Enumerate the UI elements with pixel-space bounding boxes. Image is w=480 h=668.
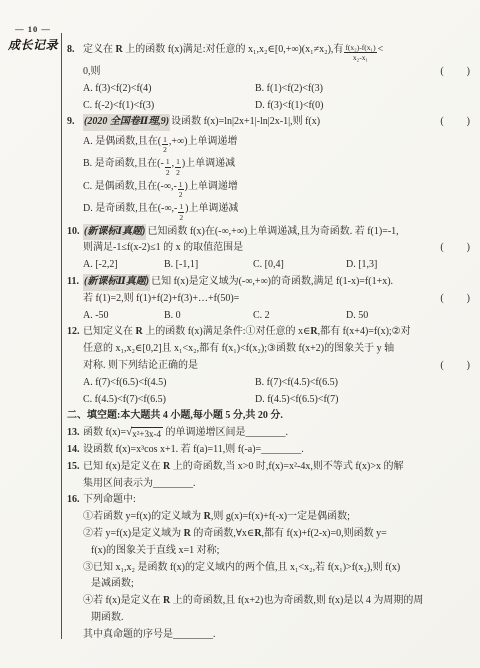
option-cell: D. 50 <box>346 308 368 325</box>
text-run: 任意的 x₁,x₂∈[0,2]且 x₁<x₂,都有 f(x₁)<f(x₂);③函… <box>83 341 394 358</box>
fraction-numerator: 1 <box>162 135 168 146</box>
text-run: . <box>301 442 304 459</box>
fraction-denominator: 2 <box>178 190 184 200</box>
q12-line-3: 对称. 则下列结论正确的是( ) <box>67 358 471 375</box>
bold-run: R <box>136 324 143 341</box>
question-number: 9. <box>67 114 75 131</box>
fraction-denominator: 2 <box>165 168 171 178</box>
answer-paren: ( ) <box>440 64 471 81</box>
option-cell: C. 2 <box>253 308 346 325</box>
q10-line-1: 10.(新课标Ⅰ真题)已知函数 f(x)在(-∞,+∞)上单调递减,且为奇函数.… <box>67 224 471 241</box>
text-run: ,都有 f(x)+f(2-x)=0,则函数 y= <box>262 526 387 543</box>
sqrt-expression: √x²+3x-4 <box>126 427 163 441</box>
q9-option-b: B. 是奇函数,且在(-12,12)上单调递减 <box>67 156 471 176</box>
option-cell: A. -50 <box>83 308 164 325</box>
question-number: 16. <box>67 492 80 509</box>
q16-answer-line: 其中真命题的序号是________. <box>67 627 471 644</box>
text-run: A. 是偶函数,且在( <box>83 134 161 151</box>
q14-line-1: 14.设函数 f(x)=x³cos x+1. 若 f(a)=11,则 f(-a)… <box>67 442 471 459</box>
text-run: 设函数 f(x)=x³cos x+1. 若 f(a)=11,则 f(-a)= <box>83 442 261 459</box>
text-run: 其中真命题的序号是 <box>83 627 173 644</box>
q16-line-1: 16.下列命题中: <box>67 492 471 509</box>
divider-line <box>61 33 62 639</box>
option-cell: D. [1,3] <box>346 257 377 274</box>
text-run: 已知 f(x)是定义在 <box>83 459 163 476</box>
text-run: 二、填空题:本大题共 4 小题,每小题 5 分,共 20 分. <box>67 408 283 425</box>
option-cell: A. f(7)<f(6.5)<f(4.5) <box>83 375 255 392</box>
text-run: 期函数. <box>91 610 124 627</box>
fraction-denominator: 2 <box>162 145 168 155</box>
fraction: 12 <box>165 157 171 177</box>
option-cell: C. f(-2)<f(1)<f(3) <box>83 98 255 115</box>
fraction: 12 <box>162 135 168 155</box>
fraction-denominator: x₂-x₁ <box>344 53 376 63</box>
text-run: 0,则 <box>83 64 101 81</box>
text-run: ②若 y=f(x)是定义域为 <box>83 526 184 543</box>
option-cell: A. [-2,2] <box>83 257 164 274</box>
option-cell: B. 0 <box>164 308 253 325</box>
text-run: 已知函数 f(x)在(-∞,+∞)上单调递减,且为奇函数. 若 f(1)=-1, <box>147 224 398 241</box>
q16-item-2-line-1: ②若 y=f(x)是定义域为 R 的奇函数,∀x∈R,都有 f(x)+f(2-x… <box>67 526 471 543</box>
fraction-numerator: 1 <box>178 202 184 213</box>
bold-run: R <box>184 526 191 543</box>
option-cell: B. [-1,1] <box>164 257 253 274</box>
answer-blank: ________ <box>261 442 301 459</box>
fraction-numerator: 1 <box>178 180 184 191</box>
q8-line-1: 8.定义在 R 上的函数 f(x)满足:对任意的 x₁,x₂∈[0,+∞)(x₁… <box>67 42 471 62</box>
q11-options: A. -50B. 0C. 2D. 50 <box>67 308 471 325</box>
q10-options: A. [-2,2]B. [-1,1]C. [0,4]D. [1,3] <box>67 257 471 274</box>
text-run: )上单调递增 <box>185 179 238 196</box>
margin-notes: — 10 — 成长记录 <box>5 24 61 53</box>
q8-line-2: 0,则( ) <box>67 64 471 81</box>
q16-item-3-line-2: 是减函数; <box>67 576 471 593</box>
page: — 10 — 成长记录 8.定义在 R 上的函数 f(x)满足:对任意的 x₁,… <box>0 0 480 668</box>
question-number: 8. <box>67 42 75 59</box>
q16-item-4-line-1: ④若 f(x)是定义在 R 上的奇函数,且 f(x+2)也为奇函数,则 f(x)… <box>67 593 471 610</box>
question-number: 11. <box>67 274 79 291</box>
question-number: 10. <box>67 224 80 241</box>
text-run: D. 是奇函数,且在(-∞,- <box>83 201 177 218</box>
fraction: f(x₂)-f(x₁)x₂-x₁ <box>344 43 376 63</box>
answer-blank: ________ <box>173 627 213 644</box>
text-run: f(x)的图象关于直线 x=1 对称; <box>91 543 219 560</box>
text-run: 是减函数; <box>91 576 134 593</box>
question-number: 12. <box>67 324 80 341</box>
bold-run: R <box>116 42 123 59</box>
text-run: 下列命题中: <box>83 492 136 509</box>
answer-paren: ( ) <box>440 114 471 131</box>
fraction-numerator: f(x₂)-f(x₁) <box>344 43 376 54</box>
question-number: 13. <box>67 425 80 442</box>
text-run: 的奇函数,∀x∈ <box>191 526 254 543</box>
bold-run: R <box>310 324 317 341</box>
option-cell: A. f(3)<f(2)<f(4) <box>83 81 255 98</box>
text-run: C. 是偶函数,且在(-∞,- <box>83 179 177 196</box>
q9-option-d: D. 是奇函数,且在(-∞,-12)上单调递减 <box>67 201 471 221</box>
answer-paren: ( ) <box>440 291 471 308</box>
text-run: ,都有 f(x+4)=f(x);②对 <box>318 324 411 341</box>
q12-options-cd: C. f(4.5)<f(7)<f(6.5)D. f(4.5)<f(6.5)<f(… <box>67 392 471 409</box>
fraction-denominator: 2 <box>178 213 184 223</box>
q16-item-1: ①若函数 y=f(x)的定义域为 R,则 g(x)=f(x)+f(-x)一定是偶… <box>67 509 471 526</box>
text-run: . <box>193 476 196 493</box>
text-run: ①若函数 y=f(x)的定义域为 <box>83 509 204 526</box>
text-run: ③已知 x₁,x₂ 是函数 f(x)的定义域内的两个值,且 x₁<x₂,若 f(… <box>83 560 400 577</box>
text-run: )上单调递减 <box>182 156 235 173</box>
text-run: 已知定义在 <box>83 324 136 341</box>
text-run: 上的函数 f(x)满足条件:①对任意的 x∈ <box>143 324 311 341</box>
option-cell: D. f(3)<f(1)<f(0) <box>255 98 323 115</box>
q9-option-a: A. 是偶函数,且在(12,+∞)上单调递增 <box>67 134 471 154</box>
bold-run: R <box>204 509 211 526</box>
answer-paren: ( ) <box>440 358 471 375</box>
text-run: 设函数 f(x)=ln|2x+1|-ln|2x-1|,则 f(x) <box>171 114 320 131</box>
option-cell: B. f(7)<f(4.5)<f(6.5) <box>255 375 338 392</box>
source-tag: (新课标Ⅱ真题) <box>83 274 150 291</box>
text-run: ,+∞)上单调递增 <box>169 134 238 151</box>
margin-label: 成长记录 <box>5 36 61 53</box>
text-run: . <box>213 627 216 644</box>
text-run: 集用区间表示为 <box>83 476 153 493</box>
text-run: ④若 f(x)是定义在 <box>83 593 163 610</box>
answer-blank: ________ <box>153 476 193 493</box>
text-run: 则满足-1≤f(x-2)≤1 的 x 的取值范围是 <box>83 240 243 257</box>
fraction-numerator: 1 <box>175 157 181 168</box>
answer-paren: ( ) <box>440 240 471 257</box>
text-run: 对称. 则下列结论正确的是 <box>83 358 198 375</box>
q11-line-2: 若 f(1)=2,则 f(1)+f(2)+f(3)+…+f(50)=( ) <box>67 291 471 308</box>
text-run: . <box>285 425 288 442</box>
text-run: , <box>172 156 175 173</box>
q9-line-1: 9.(2020 全国卷Ⅱ理,9)设函数 f(x)=ln|2x+1|-ln|2x-… <box>67 114 471 131</box>
fraction: 12 <box>175 157 181 177</box>
text-run: )上单调递减 <box>185 201 238 218</box>
text-run: 上的函数 f(x)满足:对任意的 x₁,x₂∈[0,+∞)(x₁≠x₂),有 <box>123 42 344 59</box>
q12-options-ab: A. f(7)<f(6.5)<f(4.5)B. f(7)<f(4.5)<f(6.… <box>67 375 471 392</box>
q13-line-1: 13.函数 f(x)=√x²+3x-4 的单调递增区间是________. <box>67 425 471 442</box>
text-run: B. 是奇函数,且在(- <box>83 156 164 173</box>
q16-item-2-line-2: f(x)的图象关于直线 x=1 对称; <box>67 543 471 560</box>
text-run: 若 f(1)=2,则 f(1)+f(2)+f(3)+…+f(50)= <box>83 291 239 308</box>
question-number: 15. <box>67 459 80 476</box>
bold-run: R <box>254 526 261 543</box>
page-number: — 10 — <box>5 24 61 34</box>
q8-options-ab: A. f(3)<f(2)<f(4)B. f(1)<f(2)<f(3) <box>67 81 471 98</box>
source-tag: (2020 全国卷Ⅱ理,9) <box>83 114 170 131</box>
q12-line-1: 12.已知定义在 R 上的函数 f(x)满足条件:①对任意的 x∈R,都有 f(… <box>67 324 471 341</box>
text-run: 上的奇函数,且 f(x+2)也为奇函数,则 f(x)是以 4 为周期的周 <box>170 593 423 610</box>
q16-item-3-line-1: ③已知 x₁,x₂ 是函数 f(x)的定义域内的两个值,且 x₁<x₂,若 f(… <box>67 560 471 577</box>
text-run: 已知 f(x)是定义域为(-∞,+∞)的奇函数,满足 f(1-x)=f(1+x)… <box>151 274 393 291</box>
text-run: 的单调递增区间是 <box>163 425 246 442</box>
option-cell: D. f(4.5)<f(6.5)<f(7) <box>255 392 338 409</box>
option-cell: B. f(1)<f(2)<f(3) <box>255 81 323 98</box>
section-2-header: 二、填空题:本大题共 4 小题,每小题 5 分,共 20 分. <box>67 408 471 425</box>
fraction-numerator: 1 <box>165 157 171 168</box>
text-run: 函数 f(x)= <box>83 425 126 442</box>
content-column: 8.定义在 R 上的函数 f(x)满足:对任意的 x₁,x₂∈[0,+∞)(x₁… <box>67 39 471 644</box>
fraction: 12 <box>178 180 184 200</box>
q11-line-1: 11.(新课标Ⅱ真题)已知 f(x)是定义域为(-∞,+∞)的奇函数,满足 f(… <box>67 274 471 291</box>
q15-line-1: 15.已知 f(x)是定义在 R 上的奇函数,当 x>0 时,f(x)=x²-4… <box>67 459 471 476</box>
answer-blank: ________ <box>245 425 285 442</box>
text-run: ,则 g(x)=f(x)+f(-x)一定是偶函数; <box>211 509 350 526</box>
q16-item-4-line-2: 期函数. <box>67 610 471 627</box>
fraction: 12 <box>178 202 184 222</box>
option-cell: C. f(4.5)<f(7)<f(6.5) <box>83 392 255 409</box>
q9-option-c: C. 是偶函数,且在(-∞,-12)上单调递增 <box>67 179 471 199</box>
source-tag: (新课标Ⅰ真题) <box>83 224 146 241</box>
question-number: 14. <box>67 442 80 459</box>
q12-line-2: 任意的 x₁,x₂∈[0,2]且 x₁<x₂,都有 f(x₁)<f(x₂);③函… <box>67 341 471 358</box>
q10-line-2: 则满足-1≤f(x-2)≤1 的 x 的取值范围是( ) <box>67 240 471 257</box>
fraction-denominator: 2 <box>175 168 181 178</box>
q8-options-cd: C. f(-2)<f(1)<f(3)D. f(3)<f(1)<f(0) <box>67 98 471 115</box>
bold-run: R <box>163 459 170 476</box>
bold-run: R <box>163 593 170 610</box>
text-run: < <box>378 42 384 59</box>
text-run: 上的奇函数,当 x>0 时,f(x)=x²-4x,则不等式 f(x)>x 的解 <box>170 459 403 476</box>
radicand: x²+3x-4 <box>131 427 163 441</box>
q15-line-2: 集用区间表示为________. <box>67 476 471 493</box>
option-cell: C. [0,4] <box>253 257 346 274</box>
text-run: 定义在 <box>83 42 116 59</box>
